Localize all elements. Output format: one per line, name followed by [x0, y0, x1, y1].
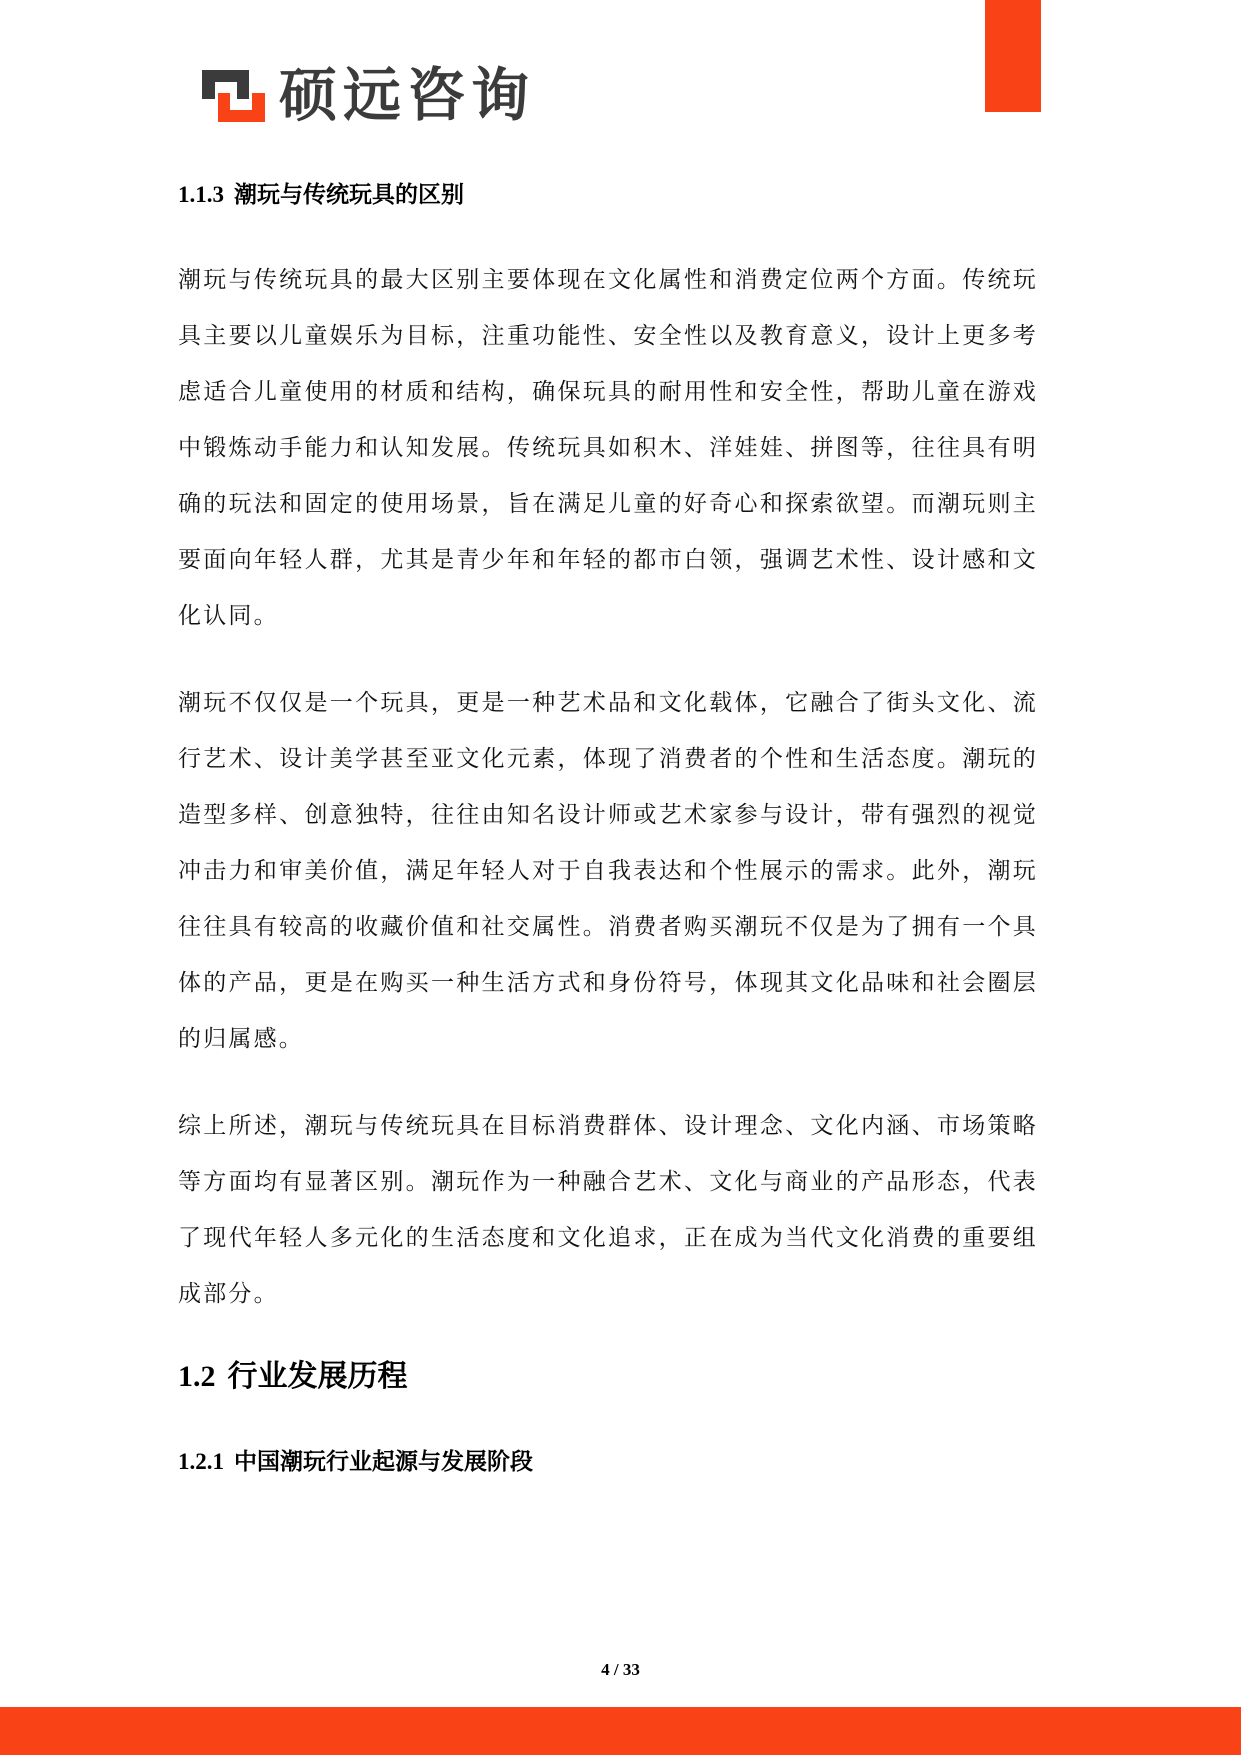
page-content: 1.1.3潮玩与传统玩具的区别 潮玩与传统玩具的最大区别主要体现在文化属性和消费…: [178, 180, 1038, 1476]
heading-1-2-number: 1.2: [178, 1360, 216, 1393]
company-logo: 硕远咨询: [202, 70, 535, 122]
heading-1-1-3-number: 1.1.3: [178, 182, 224, 207]
heading-1-2-title: 行业发展历程: [228, 1360, 408, 1393]
top-right-accent-block: [985, 0, 1041, 112]
paragraph-3: 综上所述，潮玩与传统玩具在目标消费群体、设计理念、文化内涵、市场策略等方面均有显…: [178, 1097, 1038, 1321]
paragraph-2: 潮玩不仅仅是一个玩具，更是一种艺术品和文化载体，它融合了街头文化、流行艺术、设计…: [178, 674, 1038, 1066]
page-number: 4 / 33: [0, 1660, 1241, 1680]
company-logo-text: 硕远咨询: [279, 70, 535, 122]
heading-1-1-3: 1.1.3潮玩与传统玩具的区别: [178, 180, 1038, 209]
heading-1-2: 1.2行业发展历程: [178, 1358, 1038, 1396]
heading-1-1-3-title: 潮玩与传统玩具的区别: [234, 181, 464, 207]
bottom-accent-bar: [0, 1707, 1241, 1755]
heading-1-2-1: 1.2.1中国潮玩行业起源与发展阶段: [178, 1447, 1038, 1476]
document-page: 硕远咨询 1.1.3潮玩与传统玩具的区别 潮玩与传统玩具的最大区别主要体现在文化…: [0, 0, 1241, 1755]
heading-1-2-1-number: 1.2.1: [178, 1449, 224, 1474]
interlocked-s-mark-icon: [202, 70, 265, 122]
heading-1-2-1-title: 中国潮玩行业起源与发展阶段: [234, 1448, 533, 1474]
paragraph-1: 潮玩与传统玩具的最大区别主要体现在文化属性和消费定位两个方面。传统玩具主要以儿童…: [178, 251, 1038, 643]
